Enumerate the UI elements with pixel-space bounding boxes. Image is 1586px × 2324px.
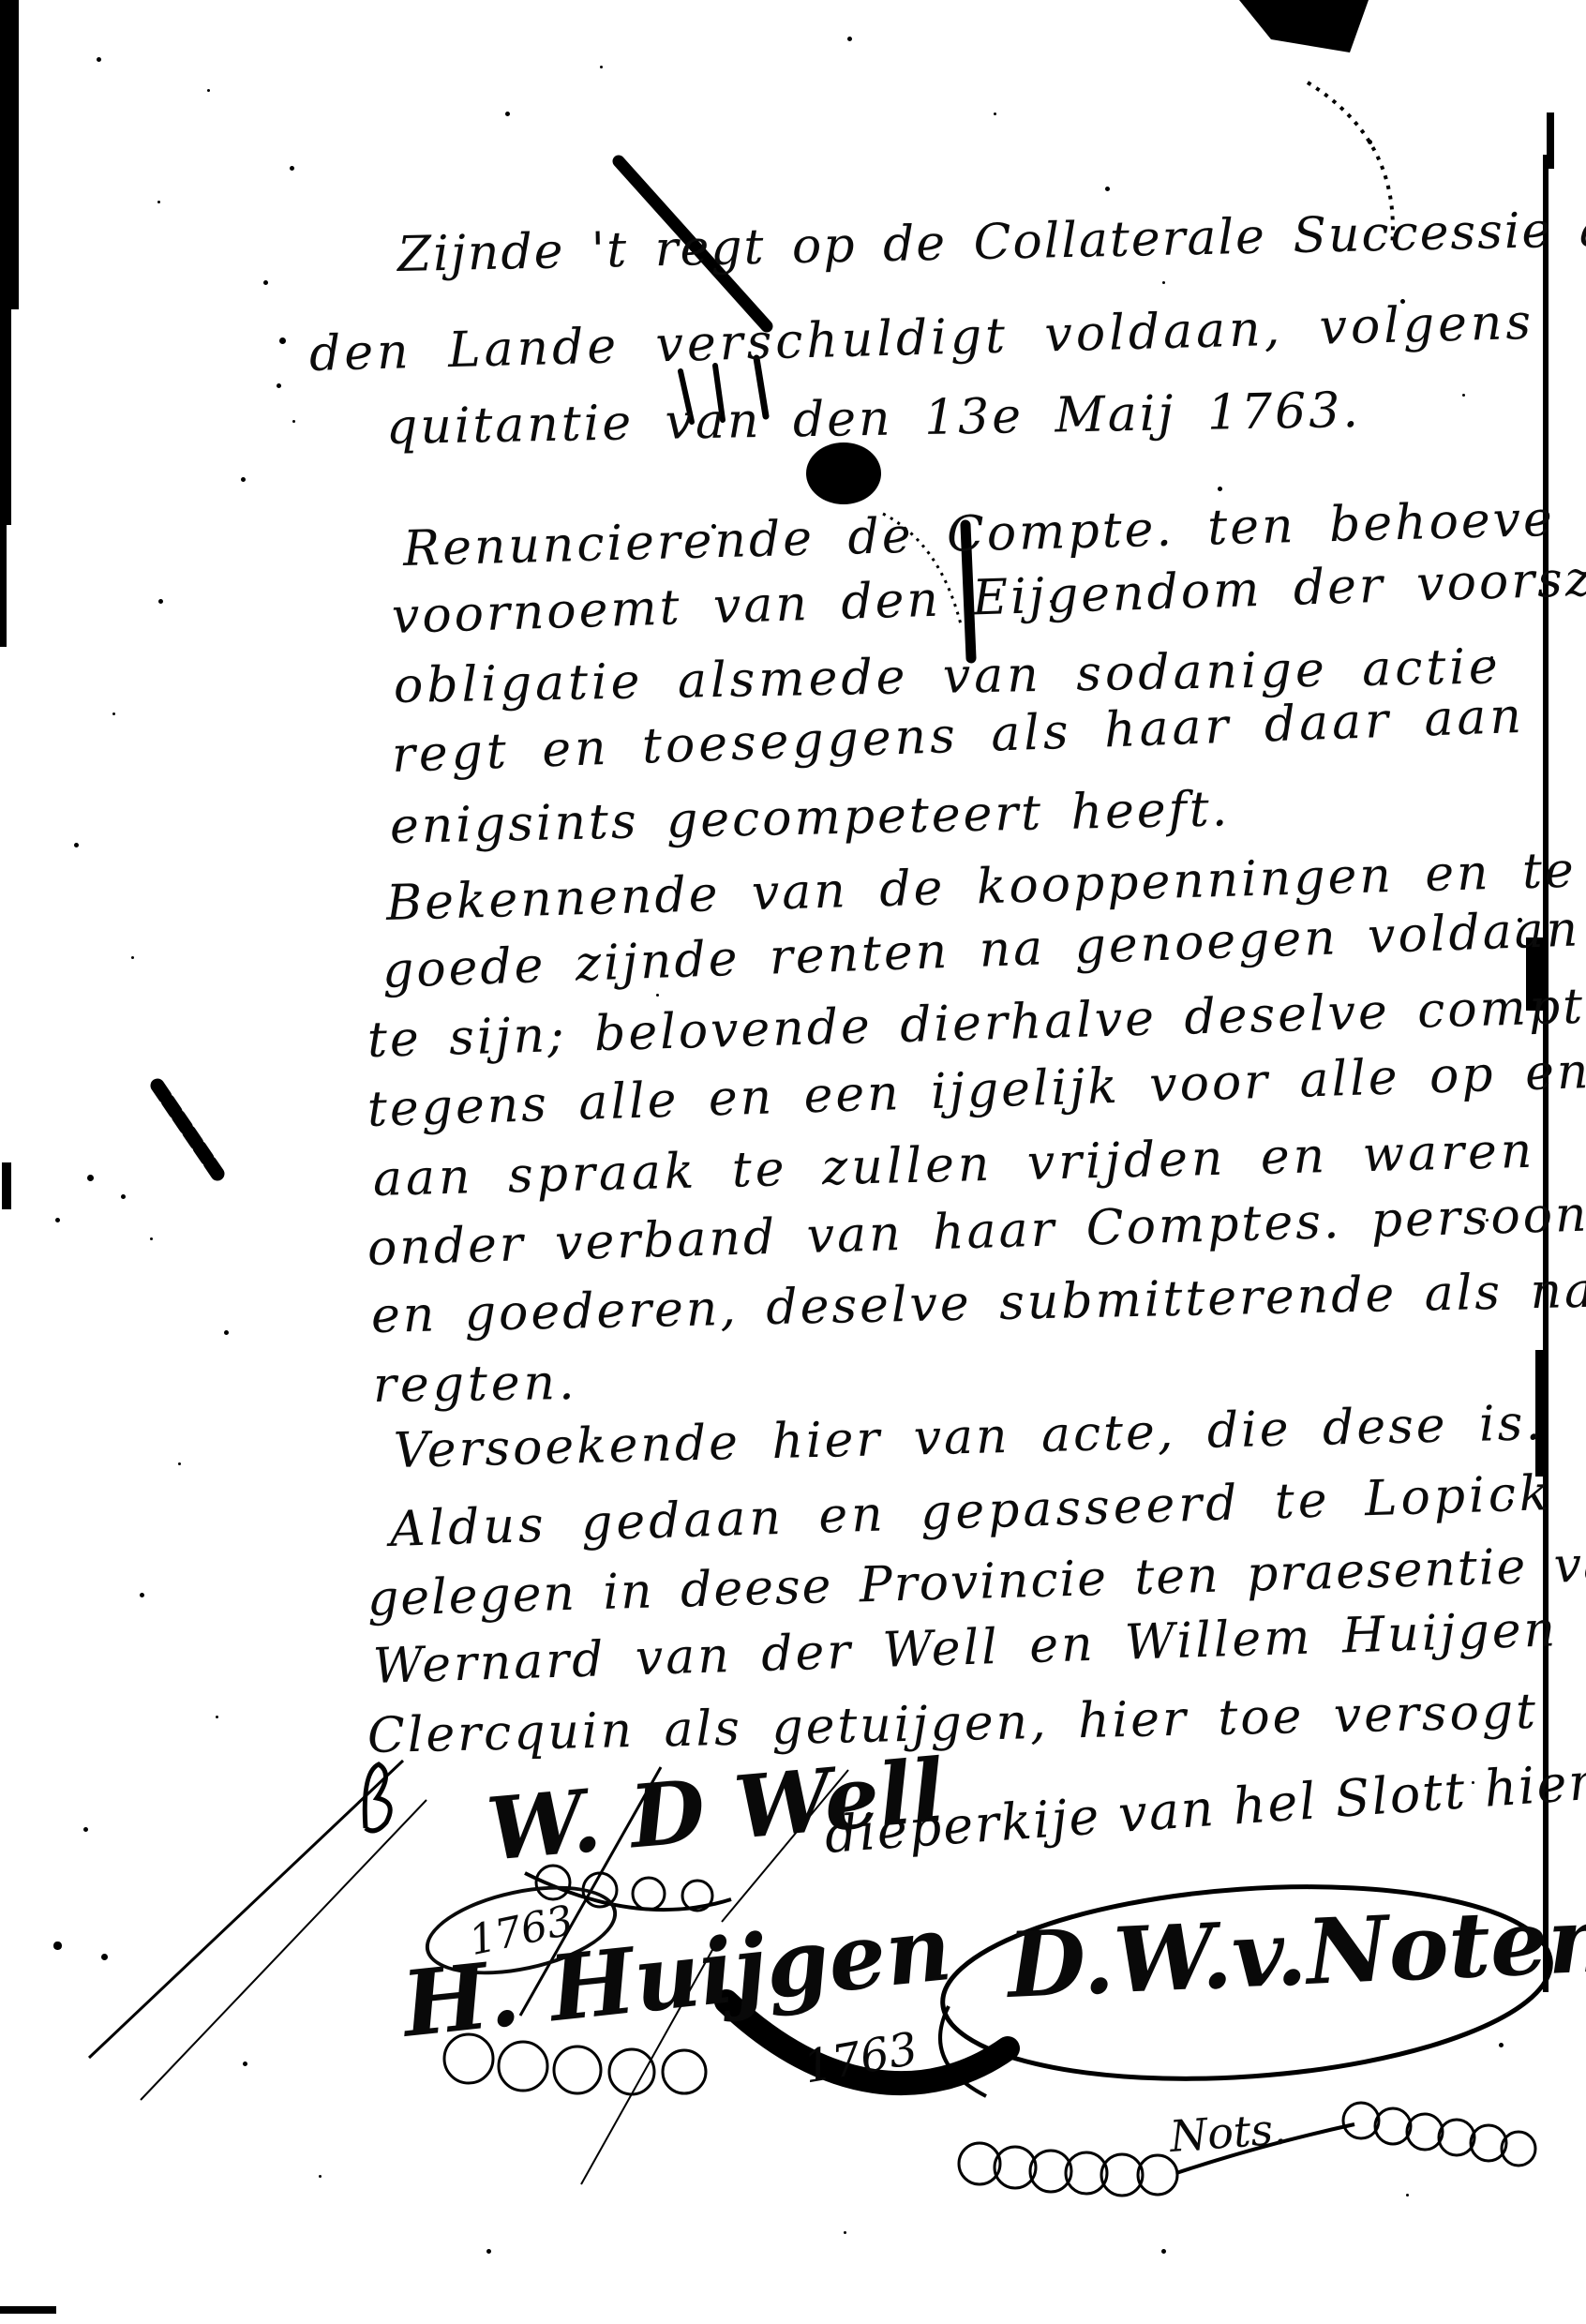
huijgen-signature-year: 1763 [800, 2022, 921, 2093]
notary-signature: D.W.v.Noten [1006, 1886, 1586, 2018]
scan-noise [0, 0, 3, 3]
handwritten-line: quitantie van den 13e Maij 1763. [386, 386, 1362, 452]
handwritten-line: enigsints gecompeteert heeft. [389, 785, 1230, 851]
stray-ink-mark [365, 1764, 390, 1831]
margin-ink-smudge [157, 1086, 217, 1174]
notary-title: Nots. [1168, 2103, 1288, 2162]
left-edge-shadow [0, 0, 56, 2314]
handwritten-line: Zijnde 't regt op de Collaterale Success… [396, 203, 1586, 279]
handwritten-line: Aldus gedaan en gepasseerd te Lopick [389, 1469, 1553, 1554]
handwritten-line: Clercquin als getuijgen, hier toe versog… [367, 1687, 1538, 1761]
manuscript-page: Zijnde 't regt op de Collaterale Success… [0, 0, 1586, 2324]
handwritten-line: den Lande verschuldigt voldaan, volgens [308, 298, 1534, 379]
handwritten-line: en goederen, deselve submitterende als n… [370, 1267, 1586, 1341]
handwritten-line: regten. [373, 1358, 578, 1410]
